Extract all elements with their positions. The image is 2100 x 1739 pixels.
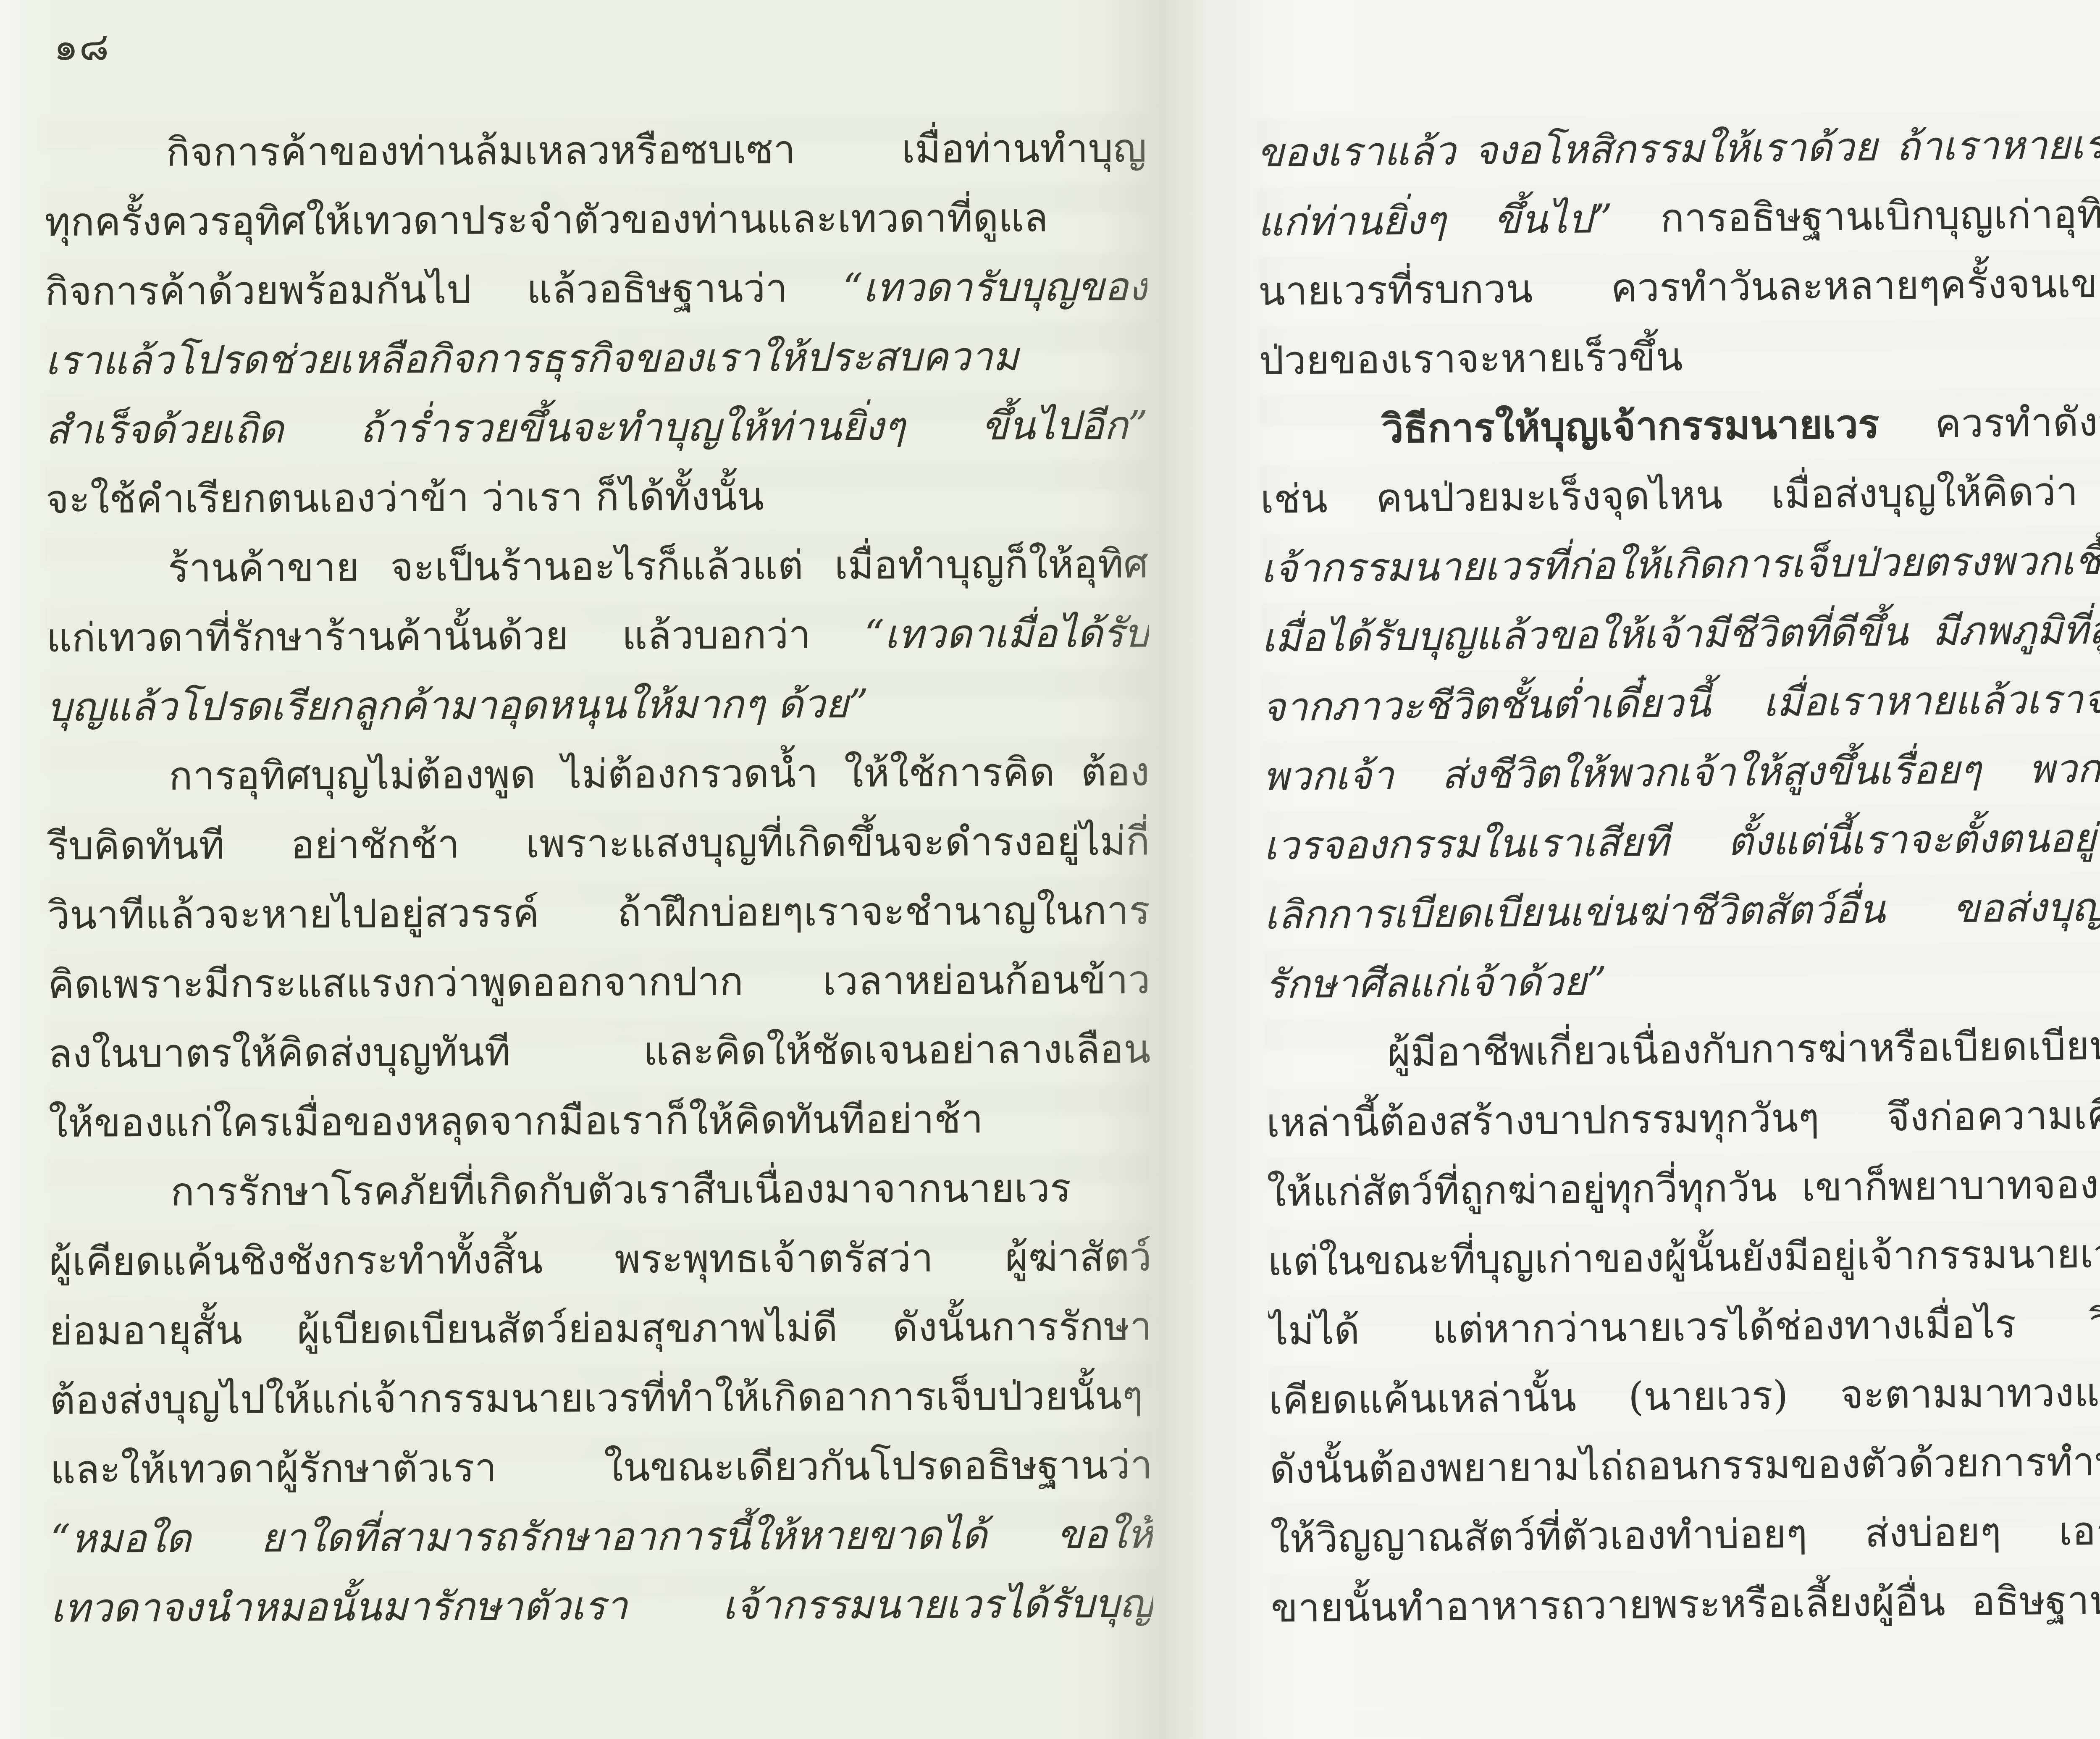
text-line: แต่ในขณะที่บุญเก่าของผู้นั้นยังมีอยู่เจ้… [1267, 1217, 2100, 1296]
book-spread: ๑๘ กิจการค้าของท่านล้มเหลวหรือซบเซา เมื่… [0, 0, 2100, 1739]
text-line: แก่เทวดาที่รักษาร้านค้านั้นด้วย แล้วบอกว… [46, 599, 1149, 673]
paragraph: ร้านค้าขาย จะเป็นร้านอะไรก็แล้วแต่ เมื่อ… [46, 530, 1149, 742]
text-run: เช่น คนป่วยมะเร็งจุดไหน เมื่อส่งบุญให้คิ… [1260, 468, 2100, 523]
text-line: ผู้เคียดแค้นชิงชังกระทำทั้งสิ้น พระพุทธเ… [49, 1223, 1152, 1297]
text-run: วินาทีแล้วจะหายไปอยู่สวรรค์ ถ้าฝึกบ่อยๆเ… [47, 888, 1150, 938]
quote-run: เวรจองกรรมในเราเสียที ตั้งแต่นี้เราจะตั้… [1263, 813, 2100, 869]
text-line: บุญแล้วโปรดเรียกลูกค้ามาอุดหนุนให้มากๆ ด… [47, 668, 1150, 742]
text-run: เคียดแค้นเหล่านั้น (นายเวร) จะตามมาทวงแล… [1269, 1367, 2100, 1423]
bold-run: วิธีการให้บุญเจ้ากรรมนายเวร [1381, 401, 1879, 452]
text-line: ดังนั้นต้องพยายามไถ่ถอนกรรมของตัวด้วยการ… [1269, 1425, 2100, 1504]
text-run: ป่วยของเราจะหายเร็วขึ้น [1259, 334, 1683, 384]
text-line: ป่วยของเราจะหายเร็วขึ้น [1259, 316, 2100, 396]
text-run: ไม่ได้ แต่หากว่านายเวรได้ช่องทางเมื่อไร … [1268, 1298, 2100, 1354]
text-line: เหล่านี้ต้องสร้างบาปกรรมทุกวันๆ จึงก่อคว… [1266, 1079, 2100, 1158]
text-run: ผู้เคียดแค้นชิงชังกระทำทั้งสิ้น พระพุทธเ… [49, 1235, 1152, 1285]
text-run: ย่อมอายุสั้น ผู้เบียดเบียนสัตว์ย่อมสุขภา… [49, 1304, 1152, 1354]
quote-run: รักษาศีลแก่เจ้าด้วย” [1265, 959, 1607, 1008]
text-run: ร้านค้าขาย จะเป็นร้านอะไรก็แล้วแต่ เมื่อ… [168, 541, 1148, 591]
paragraph: การรักษาโรคภัยที่เกิดกับตัวเราสืบเนื่องม… [49, 1153, 1153, 1643]
quote-run: “เทวดาเมื่อได้รับ [864, 611, 1149, 658]
text-line: วิธีการให้บุญเจ้ากรรมนายเวร ควรทำดังนี้เ… [1259, 386, 2100, 465]
text-run: ทุกครั้งควรอุทิศให้เทวดาประจำตัวของท่านแ… [45, 195, 1048, 245]
text-line: เคียดแค้นเหล่านั้น (นายเวร) จะตามมาทวงแล… [1269, 1355, 2100, 1435]
text-run: แต่ในขณะที่บุญเก่าของผู้นั้นยังมีอยู่เจ้… [1268, 1229, 2100, 1285]
text-line: “หมอใด ยาใดที่สามารถรักษาอาการนี้ให้หายข… [50, 1500, 1153, 1574]
text-run: กิจการค้าของท่านล้มเหลวหรือซบเซา เมื่อท่… [166, 126, 1147, 176]
text-line: ให้วิญญาณสัตว์ที่ตัวเองทำบ่อยๆ ส่งบ่อยๆ … [1270, 1494, 2100, 1574]
text-run: ต้องส่งบุญไปให้แก่เจ้ากรรมนายเวรที่ทำให้… [50, 1373, 1143, 1424]
text-line: ย่อมอายุสั้น ผู้เบียดเบียนสัตว์ย่อมสุขภา… [49, 1292, 1152, 1366]
text-line: วินาทีแล้วจะหายไปอยู่สวรรค์ ถ้าฝึกบ่อยๆเ… [47, 876, 1150, 950]
text-line: แก่ท่านยิ่งๆ ขึ้นไป” การอธิษฐานเบิกบุญเก… [1257, 178, 2100, 257]
text-line: เราแล้วโปรดช่วยเหลือกิจการธุรกิจของเราให… [45, 322, 1148, 396]
text-line: เจ้ากรรมนายเวรที่ก่อให้เกิดการเจ็บป่วยตร… [1261, 524, 2100, 604]
text-run: การอธิษฐานเบิกบุญเก่าอุทิศให้เจ้ากรรม [1612, 189, 2100, 242]
text-line: เช่น คนป่วยมะเร็งจุดไหน เมื่อส่งบุญให้คิ… [1260, 455, 2100, 534]
text-line: ขายนั้นทำอาหารถวายพระหรือเลี้ยงผู้อื่น อ… [1270, 1563, 2100, 1643]
quote-run: เมื่อได้รับบุญแล้วขอให้เจ้ามีชีวิตที่ดีข… [1261, 605, 2100, 661]
text-line: ไม่ได้ แต่หากว่านายเวรได้ช่องทางเมื่อไร … [1268, 1286, 2100, 1366]
text-line: เวรจองกรรมในเราเสียที ตั้งแต่นี้เราจะตั้… [1263, 801, 2100, 881]
text-run: ผู้มีอาชีพเกี่ยวเนื่องกับการฆ่าหรือเบียด… [1387, 1021, 2100, 1076]
text-run: แก่เทวดาที่รักษาร้านค้านั้นด้วย แล้วบอกว… [46, 612, 864, 661]
quote-run: เทวดาจงนำหมอนั้นมารักษาตัวเรา เจ้ากรรมนา… [50, 1581, 1153, 1631]
text-line: สำเร็จด้วยเถิด ถ้าร่ำรวยขึ้นจะทำบุญให้ท่… [45, 391, 1148, 465]
quote-run: พวกเจ้า ส่งชีวิตให้พวกเจ้าให้สูงขึ้นเรื่… [1263, 744, 2100, 800]
text-run: ลงในบาตรให้คิดส่งบุญทันที และคิดให้ชัดเจ… [48, 1027, 1150, 1077]
text-run: ให้ของแก่ใครเมื่อของหลุดจากมือเราก็ให้คิ… [48, 1096, 983, 1146]
text-line: ให้แก่สัตว์ที่ถูกฆ่าอยู่ทุกวี่ทุกวัน เขา… [1267, 1148, 2100, 1227]
text-line: นายเวรที่รบกวน ควรทำวันละหลายๆครั้งจนเขา… [1258, 247, 2100, 326]
left-text-column: กิจการค้าของท่านล้มเหลวหรือซบเซา เมื่อท่… [44, 114, 1153, 1643]
quote-run: “หมอใด ยาใดที่สามารถรักษาอาการนี้ให้หายข… [50, 1512, 1153, 1562]
quote-run: เลิกการเบียดเบียนเข่นฆ่าชีวิตสัตว์อื่น ข… [1264, 883, 2100, 938]
text-line: กิจการค้าของท่านล้มเหลวหรือซบเซา เมื่อท่… [44, 114, 1147, 188]
text-line: พวกเจ้า ส่งชีวิตให้พวกเจ้าให้สูงขึ้นเรื่… [1263, 732, 2100, 812]
text-line: ให้ของแก่ใครเมื่อของหลุดจากมือเราก็ให้คิ… [48, 1084, 1151, 1158]
text-line: จะใช้คำเรียกตนเองว่าข้า ว่าเรา ก็ได้ทั้ง… [46, 460, 1149, 534]
text-run: คิดเพราะมีกระแสแรงกว่าพูดออกจากปาก เวลาห… [48, 957, 1150, 1008]
quote-run: “เทวดารับบุญของ [843, 264, 1147, 311]
text-run: การอุทิศบุญไม่ต้องพูด ไม่ต้องกรวดน้ำ ให้… [169, 749, 1150, 799]
text-run: นายเวรที่รบกวน ควรทำวันละหลายๆครั้งจนเขา… [1258, 259, 2100, 315]
text-run: ขายนั้นทำอาหารถวายพระหรือเลี้ยงผู้อื่น อ… [1271, 1577, 2100, 1631]
page-left: ๑๘ กิจการค้าของท่านล้มเหลวหรือซบเซา เมื่… [0, 0, 1189, 1739]
text-line: เลิกการเบียดเบียนเข่นฆ่าชีวิตสัตว์อื่น ข… [1264, 871, 2100, 950]
text-line: ทุกครั้งควรอุทิศให้เทวดาประจำตัวของท่านแ… [45, 183, 1147, 257]
text-run: ดังนั้นต้องพยายามไถ่ถอนกรรมของตัวด้วยการ… [1269, 1437, 2100, 1493]
quote-run: แก่ท่านยิ่งๆ ขึ้นไป” [1257, 196, 1613, 245]
paragraph: กิจการค้าของท่านล้มเหลวหรือซบเซา เมื่อท่… [44, 114, 1148, 534]
text-line: เทวดาจงนำหมอนั้นมารักษาตัวเรา เจ้ากรรมนา… [50, 1569, 1153, 1643]
text-line: ของเราแล้ว จงอโหสิกรรมให้เราด้วย ถ้าเราห… [1257, 108, 2100, 188]
text-run: และให้เทวดาผู้รักษาตัวเรา ในขณะเดียวกันโ… [50, 1442, 1152, 1493]
text-line: รีบคิดทันที อย่าชักช้า เพราะแสงบุญที่เกิ… [47, 807, 1150, 881]
text-line: รักษาศีลแก่เจ้าด้วย” [1265, 940, 2100, 1019]
text-line: การรักษาโรคภัยที่เกิดกับตัวเราสืบเนื่องม… [49, 1153, 1152, 1227]
text-run: รีบคิดทันที อย่าชักช้า เพราะแสงบุญที่เกิ… [47, 819, 1150, 869]
text-line: คิดเพราะมีกระแสแรงกว่าพูดออกจากปาก เวลาห… [48, 946, 1151, 1019]
quote-run: ของเราแล้ว จงอโหสิกรรมให้เราด้วย ถ้าเราห… [1257, 120, 2100, 176]
text-line: และให้เทวดาผู้รักษาตัวเรา ในขณะเดียวกันโ… [50, 1431, 1153, 1505]
paragraph: การอุทิศบุญไม่ต้องพูด ไม่ต้องกรวดน้ำ ให้… [47, 738, 1151, 1158]
text-line: จากภาวะชีวิตชั้นต่ำเดี๋ยวนี้ เมื่อเราหาย… [1262, 663, 2100, 742]
text-line: ผู้มีอาชีพเกี่ยวเนื่องกับการฆ่าหรือเบียด… [1265, 1009, 2100, 1089]
page-number-left: ๑๘ [54, 15, 110, 77]
text-line: กิจการค้าด้วยพร้อมกันไป แล้วอธิษฐานว่า “… [45, 252, 1147, 326]
text-line: ร้านค้าขาย จะเป็นร้านอะไรก็แล้วแต่ เมื่อ… [46, 530, 1149, 604]
text-line: ต้องส่งบุญไปให้แก่เจ้ากรรมนายเวรที่ทำให้… [50, 1361, 1152, 1435]
paragraph: วิธีการให้บุญเจ้ากรรมนายเวร ควรทำดังนี้เ… [1259, 386, 2100, 1019]
text-run: การรักษาโรคภัยที่เกิดกับตัวเราสืบเนื่องม… [171, 1165, 1071, 1215]
text-run: กิจการค้าด้วยพร้อมกันไป แล้วอธิษฐานว่า [45, 265, 843, 315]
quote-run: สำเร็จด้วยเถิด ถ้าร่ำรวยขึ้นจะทำบุญให้ท่… [45, 403, 1148, 453]
quote-run: เจ้ากรรมนายเวรที่ก่อให้เกิดการเจ็บป่วยตร… [1261, 536, 2100, 592]
quote-run: จากภาวะชีวิตชั้นต่ำเดี๋ยวนี้ เมื่อเราหาย… [1262, 675, 2100, 730]
text-line: การอุทิศบุญไม่ต้องพูด ไม่ต้องกรวดน้ำ ให้… [47, 738, 1150, 812]
page-right: ๑๙ ของเราแล้ว จงอโหสิกรรมให้เราด้วย ถ้าเ… [1189, 0, 2100, 1739]
text-run: เหล่านี้ต้องสร้างบาปกรรมทุกวันๆ จึงก่อคว… [1266, 1090, 2100, 1146]
text-run: ให้วิญญาณสัตว์ที่ตัวเองทำบ่อยๆ ส่งบ่อยๆ … [1270, 1506, 2100, 1562]
text-run: ควรทำดังนี้เป็นตัวอย่าง [1879, 397, 2100, 447]
text-line: ลงในบาตรให้คิดส่งบุญทันที และคิดให้ชัดเจ… [48, 1015, 1151, 1089]
right-text-column: ของเราแล้ว จงอโหสิกรรมให้เราด้วย ถ้าเราห… [1257, 108, 2100, 1643]
quote-run: บุญแล้วโปรดเรียกลูกค้ามาอุดหนุนให้มากๆ ด… [47, 681, 869, 730]
paragraph: ของเราแล้ว จงอโหสิกรรมให้เราด้วย ถ้าเราห… [1257, 108, 2100, 396]
paragraph: ผู้มีอาชีพเกี่ยวเนื่องกับการฆ่าหรือเบียด… [1265, 1009, 2100, 1643]
text-run: จะใช้คำเรียกตนเองว่าข้า ว่าเรา ก็ได้ทั้ง… [46, 474, 764, 523]
text-line: เมื่อได้รับบุญแล้วขอให้เจ้ามีชีวิตที่ดีข… [1261, 594, 2100, 673]
text-run: ให้แก่สัตว์ที่ถูกฆ่าอยู่ทุกวี่ทุกวัน เขา… [1267, 1160, 2100, 1216]
quote-run: เราแล้วโปรดช่วยเหลือกิจการธุรกิจของเราให… [45, 334, 1018, 384]
